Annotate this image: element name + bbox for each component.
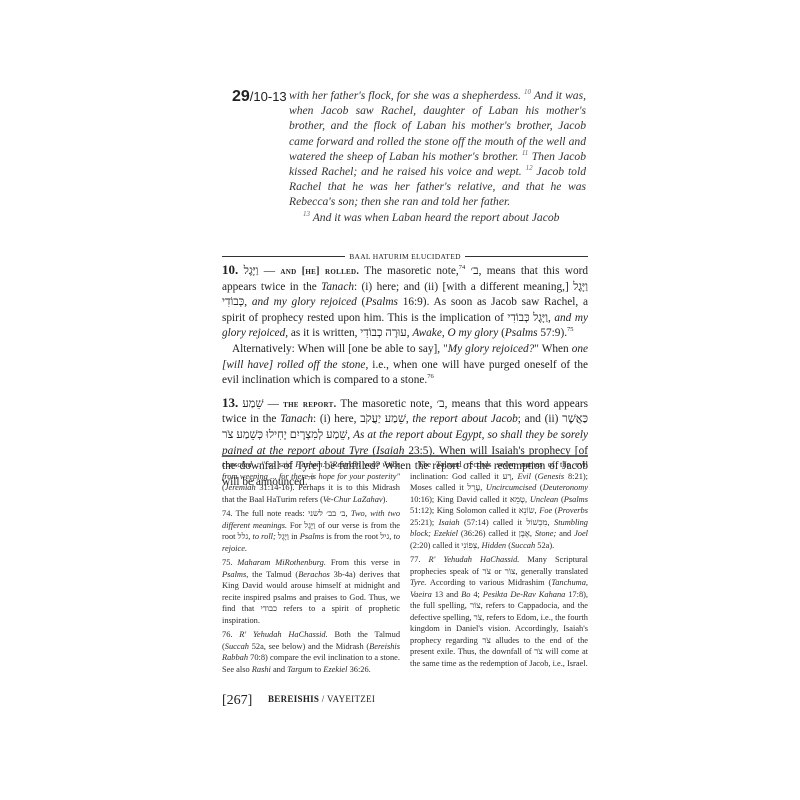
hebrew-text: מִכְשׁוֹל bbox=[526, 518, 547, 527]
hebrew-text: וַיָּגֶל כְּבוֹדִי bbox=[507, 312, 548, 324]
text-run: Bo bbox=[461, 590, 470, 599]
text-run: 36:26. bbox=[347, 665, 370, 674]
footnote-continuation: consoled ..." so said Hashem: "Restrain … bbox=[222, 459, 400, 505]
comment-number: 10. bbox=[222, 262, 238, 277]
text-run: : (i) here, bbox=[313, 413, 360, 425]
text-run: Ezekiel bbox=[323, 665, 347, 674]
text-run: Deuteronomy bbox=[543, 483, 588, 492]
verse-text-run: And it was when Laban heard the report a… bbox=[310, 211, 559, 224]
text-run: 52a, see below) and the Midrash ( bbox=[249, 642, 369, 651]
hebrew-text: צֹר bbox=[482, 567, 491, 576]
commentary-paragraph-10: 10. וַיָּגֶל — and [he] rolled. The maso… bbox=[222, 262, 588, 342]
text-run: Joel bbox=[574, 529, 588, 538]
verse-number: 12 bbox=[526, 164, 533, 172]
text-run: 75. bbox=[222, 558, 237, 567]
text-run: Targum bbox=[287, 665, 312, 674]
verse-reference: 29/10-13 bbox=[232, 88, 287, 106]
text-run: 77. bbox=[410, 555, 429, 564]
text-run: Jeremiah bbox=[225, 483, 256, 492]
text-run: Evil bbox=[517, 472, 531, 481]
text-run: Tyre. bbox=[410, 578, 427, 587]
text-run: According to various Midrashim ( bbox=[427, 578, 552, 587]
footnote-77: 77. R' Yehudah HaChassid. Many Scriptura… bbox=[410, 554, 588, 669]
text-run: 4; bbox=[470, 590, 482, 599]
text-run: so said bbox=[265, 460, 296, 469]
text-run: Tanach bbox=[280, 413, 313, 425]
hebrew-lemma: וַיָּגֶל bbox=[244, 265, 259, 277]
text-run: Pesikta De-Rav Kahana bbox=[483, 590, 566, 599]
text-run: The masoretic note, bbox=[359, 265, 459, 277]
text-run: Tanach bbox=[321, 281, 354, 293]
book-name: BEREISHIS bbox=[268, 694, 319, 704]
hebrew-text: עָרֵל bbox=[467, 483, 480, 492]
text-run: and my glory rejoiced bbox=[252, 296, 357, 308]
hebrew-text: רָע bbox=[503, 472, 512, 481]
footnote-76: 76. R' Yehudah HaChassid. Both the Talmu… bbox=[222, 629, 400, 675]
verse-text-run: with her father's flock, for she was a s… bbox=[289, 89, 524, 102]
text-run: ). bbox=[383, 495, 388, 504]
hebrew-text: וַיָּגֶל bbox=[278, 532, 289, 541]
text-run: For bbox=[287, 521, 304, 530]
hebrew-text: צוֹר bbox=[470, 601, 481, 610]
lemma-translation: the report. bbox=[283, 399, 336, 410]
text-run: Ezekiel bbox=[434, 529, 458, 538]
text-run: Maharam MiRothenburg. bbox=[237, 558, 326, 567]
text-run: the report about Jacob bbox=[412, 413, 517, 425]
hebrew-text: צוֹר bbox=[505, 567, 516, 576]
hebrew-text: צֹר bbox=[534, 647, 543, 656]
text-run: : (i) here; and (ii) [with a different m… bbox=[354, 281, 573, 293]
page-footer: [267] BEREISHIS / VAYEITZEI bbox=[222, 691, 252, 709]
parashah-name: / VAYEITZEI bbox=[319, 694, 375, 704]
verse-paragraph: with her father's flock, for she was a s… bbox=[289, 88, 586, 210]
footnote-75: 75. Maharam MiRothenburg. From this vers… bbox=[222, 557, 400, 626]
text-run: Foe bbox=[539, 506, 552, 515]
text-run: Berachos bbox=[298, 570, 330, 579]
hebrew-text: שׂוֹנֵא bbox=[519, 506, 535, 515]
section-title: BAAL HATURIM ELUCIDATED bbox=[345, 252, 465, 261]
text-run: Alternatively: When will [one be able to… bbox=[232, 343, 448, 355]
text-run: R' Yehudah HaChassid. bbox=[239, 630, 327, 639]
footnote-divider bbox=[222, 455, 588, 457]
running-title: BEREISHIS / VAYEITZEI bbox=[268, 694, 375, 704]
text-run: Proverbs bbox=[558, 506, 588, 515]
hebrew-text: צֹר bbox=[474, 613, 483, 622]
divider-line bbox=[222, 256, 345, 257]
text-run: Psalms bbox=[300, 532, 324, 541]
text-run: Psalms bbox=[222, 570, 246, 579]
hebrew-text: גלל bbox=[238, 532, 249, 541]
text-run: and bbox=[556, 529, 574, 538]
text-run: to roll; bbox=[253, 532, 276, 541]
divider-line bbox=[465, 256, 588, 257]
text-run: ( bbox=[531, 472, 538, 481]
hebrew-text: צֹר bbox=[482, 636, 491, 645]
hebrew-text: אֶבֶן bbox=[519, 529, 530, 538]
footnotes-left-column: consoled ..." so said Hashem: "Restrain … bbox=[222, 459, 400, 678]
hebrew-lemma: שֵׁמַע bbox=[242, 398, 263, 410]
text-run: 76. bbox=[222, 630, 239, 639]
text-run: (2:20) called it bbox=[410, 541, 461, 550]
text-run: ; and (ii) bbox=[518, 413, 562, 425]
text-run: R' Yehudah HaChassid. bbox=[429, 555, 520, 564]
hebrew-text: טָמֵא bbox=[510, 495, 525, 504]
hebrew-text: כבודי bbox=[261, 604, 278, 613]
text-run: as it is written, bbox=[288, 327, 360, 339]
footnotes-right-column: The Talmud records seven names of the ev… bbox=[410, 459, 588, 672]
commentary-paragraph-alternative: Alternatively: When will [one be able to… bbox=[222, 342, 588, 389]
text-run: to bbox=[313, 665, 324, 674]
text-run: , bbox=[244, 296, 252, 308]
text-run: (57:14) called it bbox=[460, 518, 527, 527]
chapter-number: 29 bbox=[232, 88, 250, 105]
verse-number: 13 bbox=[303, 210, 310, 218]
text-run: Hidden bbox=[481, 541, 506, 550]
text-run: , the Talmud ( bbox=[246, 570, 298, 579]
verse-paragraph: 13 And it was when Laban heard the repor… bbox=[289, 210, 586, 225]
text-run: 74. The full note reads: bbox=[222, 509, 308, 518]
hebrew-text: עוּרָה כְבוֹדִי bbox=[360, 327, 406, 339]
text-run: or bbox=[491, 567, 505, 576]
text-run: Psalms bbox=[365, 296, 398, 308]
text-run: Genesis bbox=[538, 472, 565, 481]
text-run: Isaiah bbox=[439, 518, 460, 527]
text-run: Awake, O my glory bbox=[412, 327, 498, 339]
text-run: Psalms bbox=[505, 327, 538, 339]
text-run: Succah bbox=[511, 541, 535, 550]
verse-number: 10 bbox=[524, 88, 531, 96]
text-run: Stone; bbox=[535, 529, 556, 538]
text-run: 25:21); bbox=[410, 518, 439, 527]
text-run: in bbox=[289, 532, 300, 541]
hebrew-text: וַיָּגֶל bbox=[304, 521, 315, 530]
text-run: From this verse in bbox=[326, 558, 400, 567]
comment-number: 13. bbox=[222, 395, 238, 410]
text-run: 51:12); King Solomon called it bbox=[410, 506, 519, 515]
footnote-ref: 76 bbox=[427, 373, 434, 380]
verse-translation: with her father's flock, for she was a s… bbox=[289, 88, 586, 225]
text-run: Uncircumcised bbox=[486, 483, 536, 492]
text-run: " When bbox=[534, 343, 571, 355]
text-run: My glory rejoiced? bbox=[448, 343, 535, 355]
section-divider: BAAL HATURIM ELUCIDATED bbox=[222, 251, 588, 261]
text-run: Psalms bbox=[564, 495, 588, 504]
text-run: is from the root bbox=[324, 532, 380, 541]
footnote-74: 74. The full note reads: ב׳ בב׳ לשני, Tw… bbox=[222, 508, 400, 554]
footnote-ref: 75 bbox=[567, 327, 574, 334]
book-page: 29/10-13 with her father's flock, for sh… bbox=[222, 0, 588, 800]
text-run: ( bbox=[498, 327, 505, 339]
text-run: (36:26) called it bbox=[458, 529, 519, 538]
text-run: 13 and bbox=[432, 590, 461, 599]
text-run: 52a). bbox=[535, 541, 554, 550]
hebrew-text: גיל bbox=[380, 532, 389, 541]
text-run: Unclean bbox=[530, 495, 558, 504]
text-run: consoled ..." bbox=[222, 460, 265, 469]
lemma-translation: and [he] rolled. bbox=[280, 266, 359, 277]
text-run: Ve-Chur LaZahav bbox=[323, 495, 383, 504]
text-run: and bbox=[271, 665, 287, 674]
text-run: 10:16); King David called it bbox=[410, 495, 510, 504]
hebrew-text: ב׳ בב׳ לשני bbox=[308, 509, 345, 518]
text-run: , generally translated bbox=[515, 567, 588, 576]
text-run: Rashi bbox=[252, 665, 271, 674]
footnote-continuation: The Talmud records seven names of the ev… bbox=[410, 459, 588, 551]
text-run: Succah bbox=[225, 642, 249, 651]
page-number: [267] bbox=[222, 693, 252, 708]
hebrew-text: צְפוֹנִי bbox=[461, 541, 477, 550]
text-run: 57:9). bbox=[538, 327, 568, 339]
hebrew-text: שֵׁמַע יַעֲקֹב bbox=[360, 413, 406, 425]
verse-range: /10-13 bbox=[250, 89, 287, 104]
